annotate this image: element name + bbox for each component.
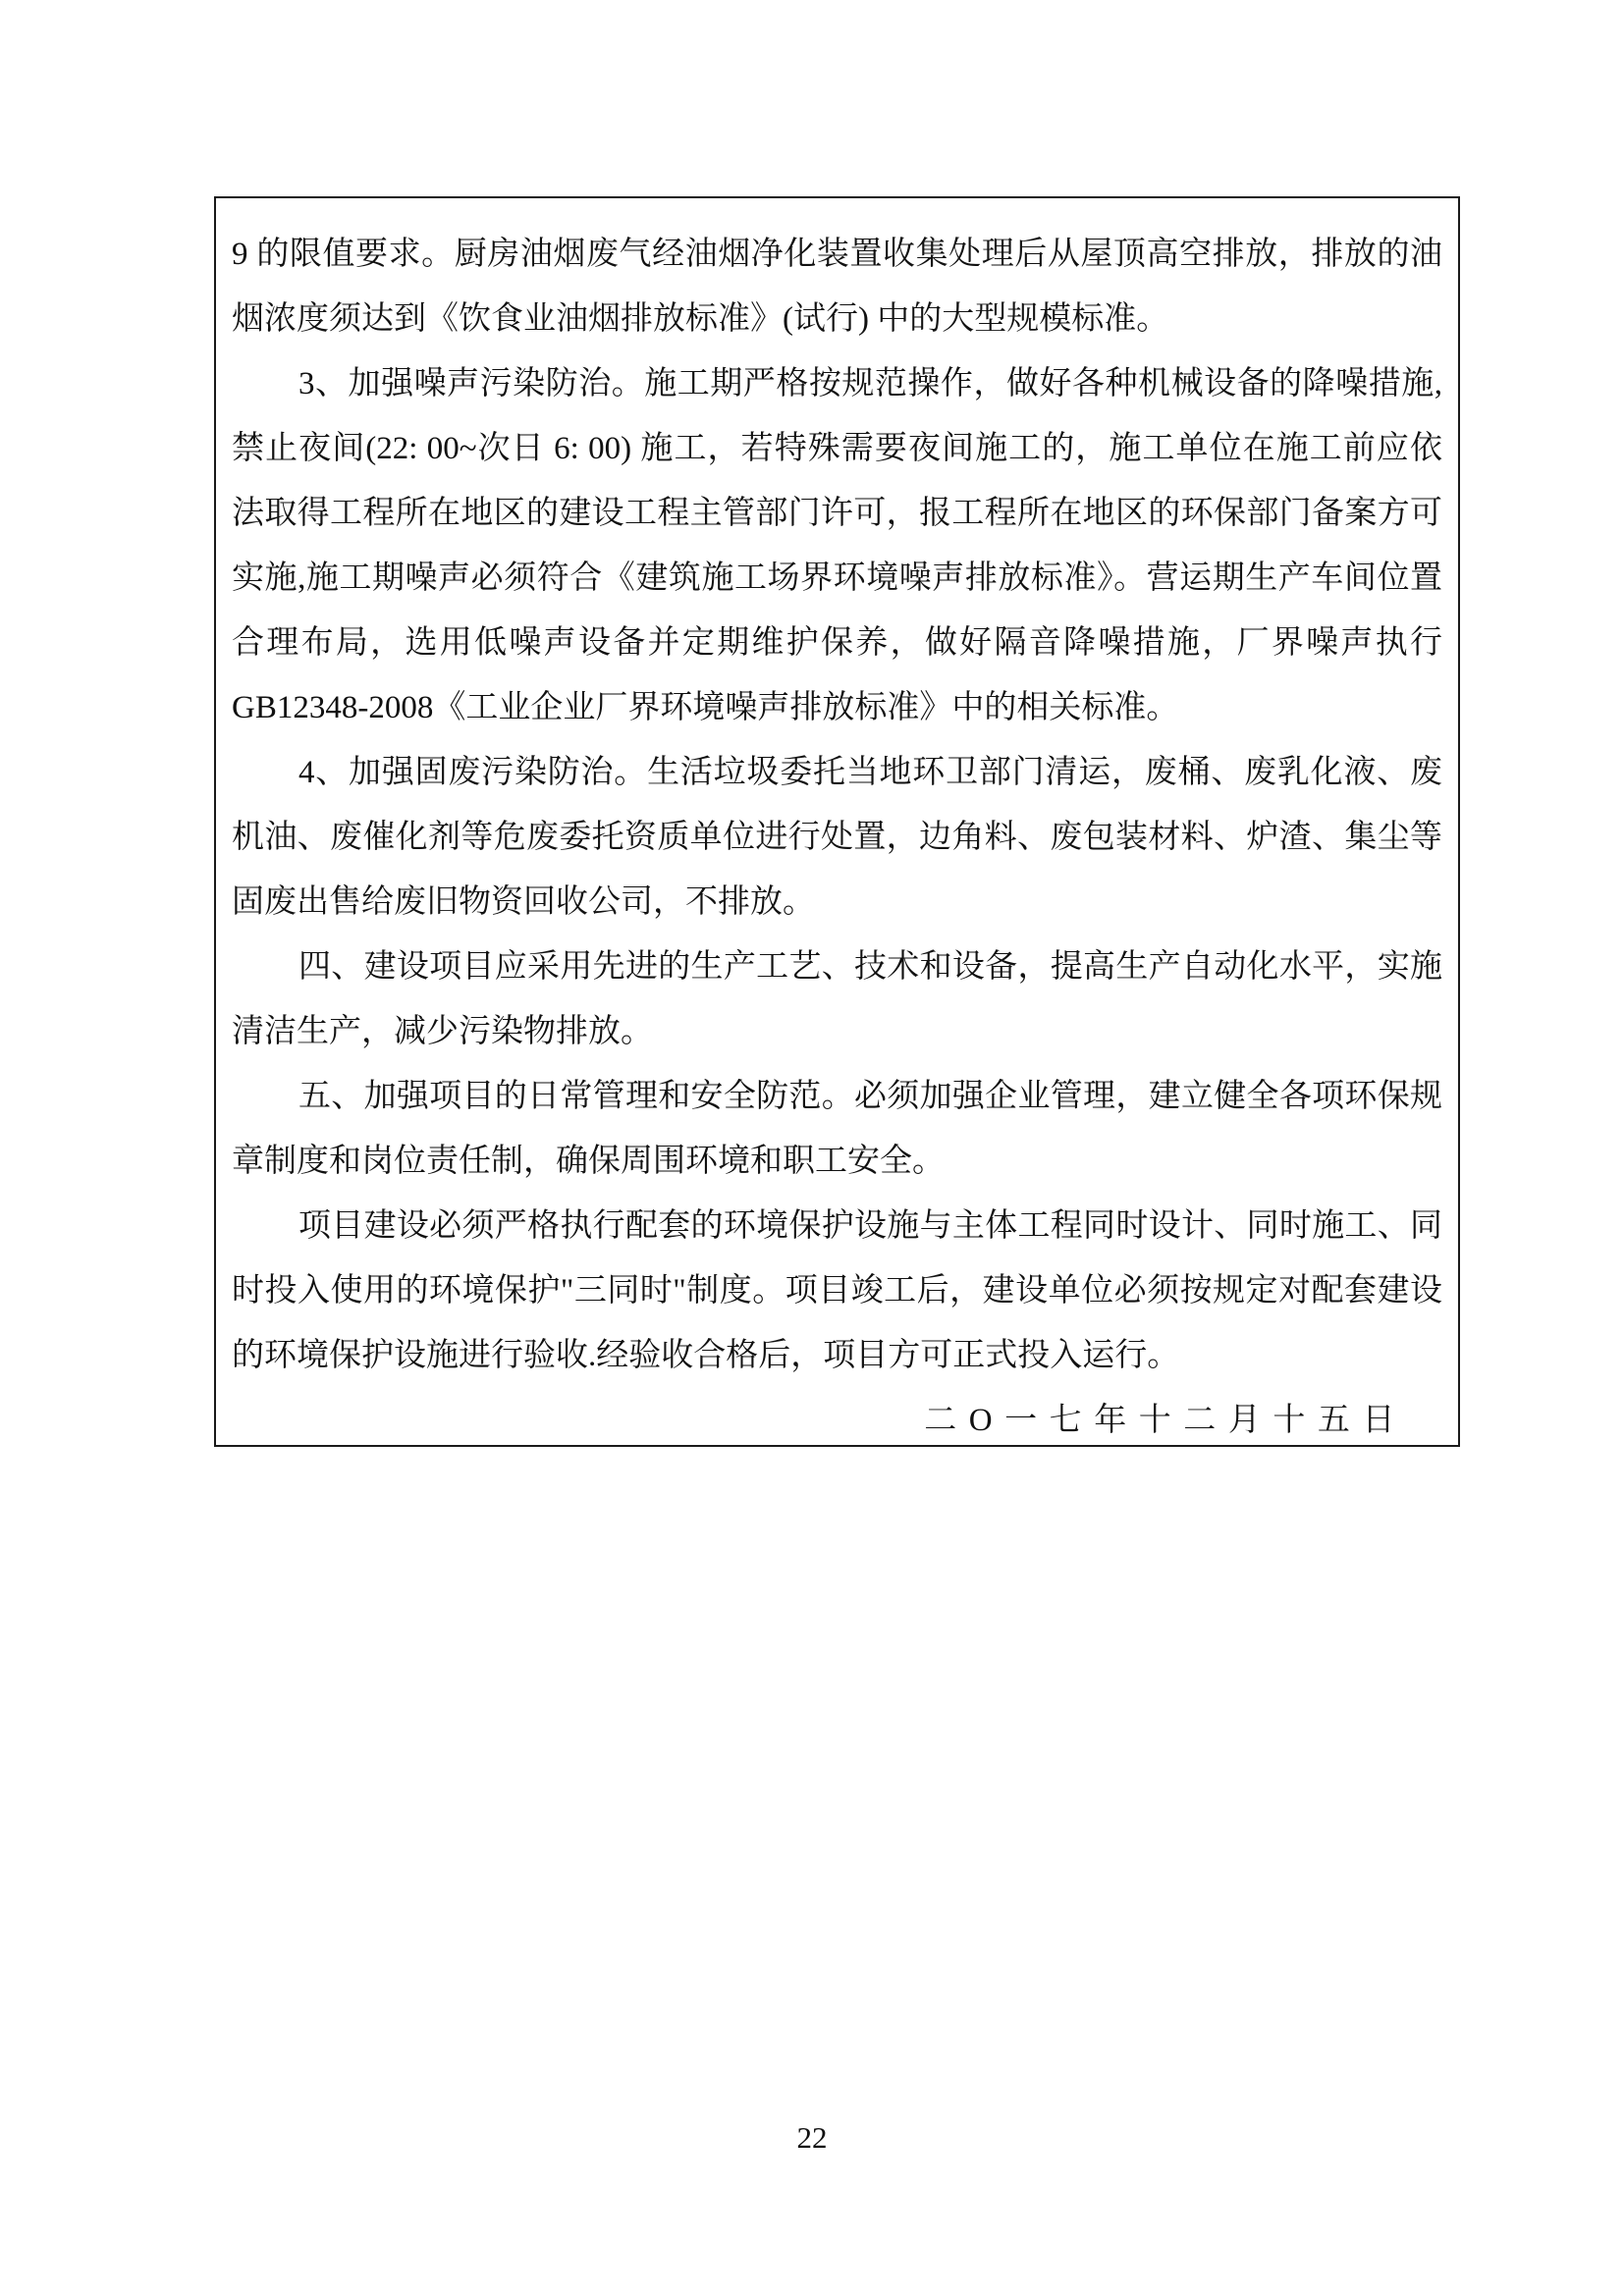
text-line: 固废出售给废旧物资回收公司，不排放。 xyxy=(232,870,1442,934)
text-line: 章制度和岗位责任制，确保周围环境和职工安全。 xyxy=(232,1129,1442,1194)
text-line: 四、建设项目应采用先进的生产工艺、技术和设备，提高生产自动化水平，实施 xyxy=(232,934,1442,999)
approval-text-box: 9 的限值要求。厨房油烟废气经油烟净化装置收集处理后从屋顶高空排放，排放的油烟浓… xyxy=(214,196,1460,1447)
text-line: 3、加强噪声污染防治。施工期严格按规范操作，做好各种机械设备的降噪措施, xyxy=(232,351,1442,416)
text-line: 4、加强固废污染防治。生活垃圾委托当地环卫部门清运，废桶、废乳化液、废 xyxy=(232,740,1442,805)
text-line: 的环境保护设施进行验收.经验收合格后，项目方可正式投入运行。 xyxy=(232,1323,1442,1388)
text-line: 实施,施工期噪声必须符合《建筑施工场界环境噪声排放标准》。营运期生产车间位置 xyxy=(232,546,1442,611)
text-line: 清洁生产，减少污染物排放。 xyxy=(232,999,1442,1064)
text-line: 禁止夜间(22: 00~次日 6: 00) 施工，若特殊需要夜间施工的，施工单位… xyxy=(232,416,1442,481)
document-page: { "page": { "number": "22" }, "document"… xyxy=(0,0,1624,2296)
text-line: 合理布局，选用低噪声设备并定期维护保养，做好隔音降噪措施，厂界噪声执行 xyxy=(232,611,1442,675)
text-line: 9 的限值要求。厨房油烟废气经油烟净化装置收集处理后从屋顶高空排放，排放的油 xyxy=(232,222,1442,287)
text-line: 机油、废催化剂等危废委托资质单位进行处置，边角料、废包装材料、炉渣、集尘等 xyxy=(232,805,1442,870)
text-line: GB12348-2008《工业企业厂界环境噪声排放标准》中的相关标准。 xyxy=(232,675,1442,740)
text-line: 项目建设必须严格执行配套的环境保护设施与主体工程同时设计、同时施工、同 xyxy=(232,1194,1442,1258)
text-line: 时投入使用的环境保护"三同时"制度。项目竣工后，建设单位必须按规定对配套建设 xyxy=(232,1258,1442,1323)
date-line: 二O一七年十二月十五日 xyxy=(232,1388,1442,1453)
text-line: 法取得工程所在地区的建设工程主管部门许可，报工程所在地区的环保部门备案方可 xyxy=(232,481,1442,546)
page-number: 22 xyxy=(0,2118,1624,2158)
text-line: 烟浓度须达到《饮食业油烟排放标准》(试行) 中的大型规模标准。 xyxy=(232,287,1442,351)
text-line: 五、加强项目的日常管理和安全防范。必须加强企业管理，建立健全各项环保规 xyxy=(232,1064,1442,1129)
